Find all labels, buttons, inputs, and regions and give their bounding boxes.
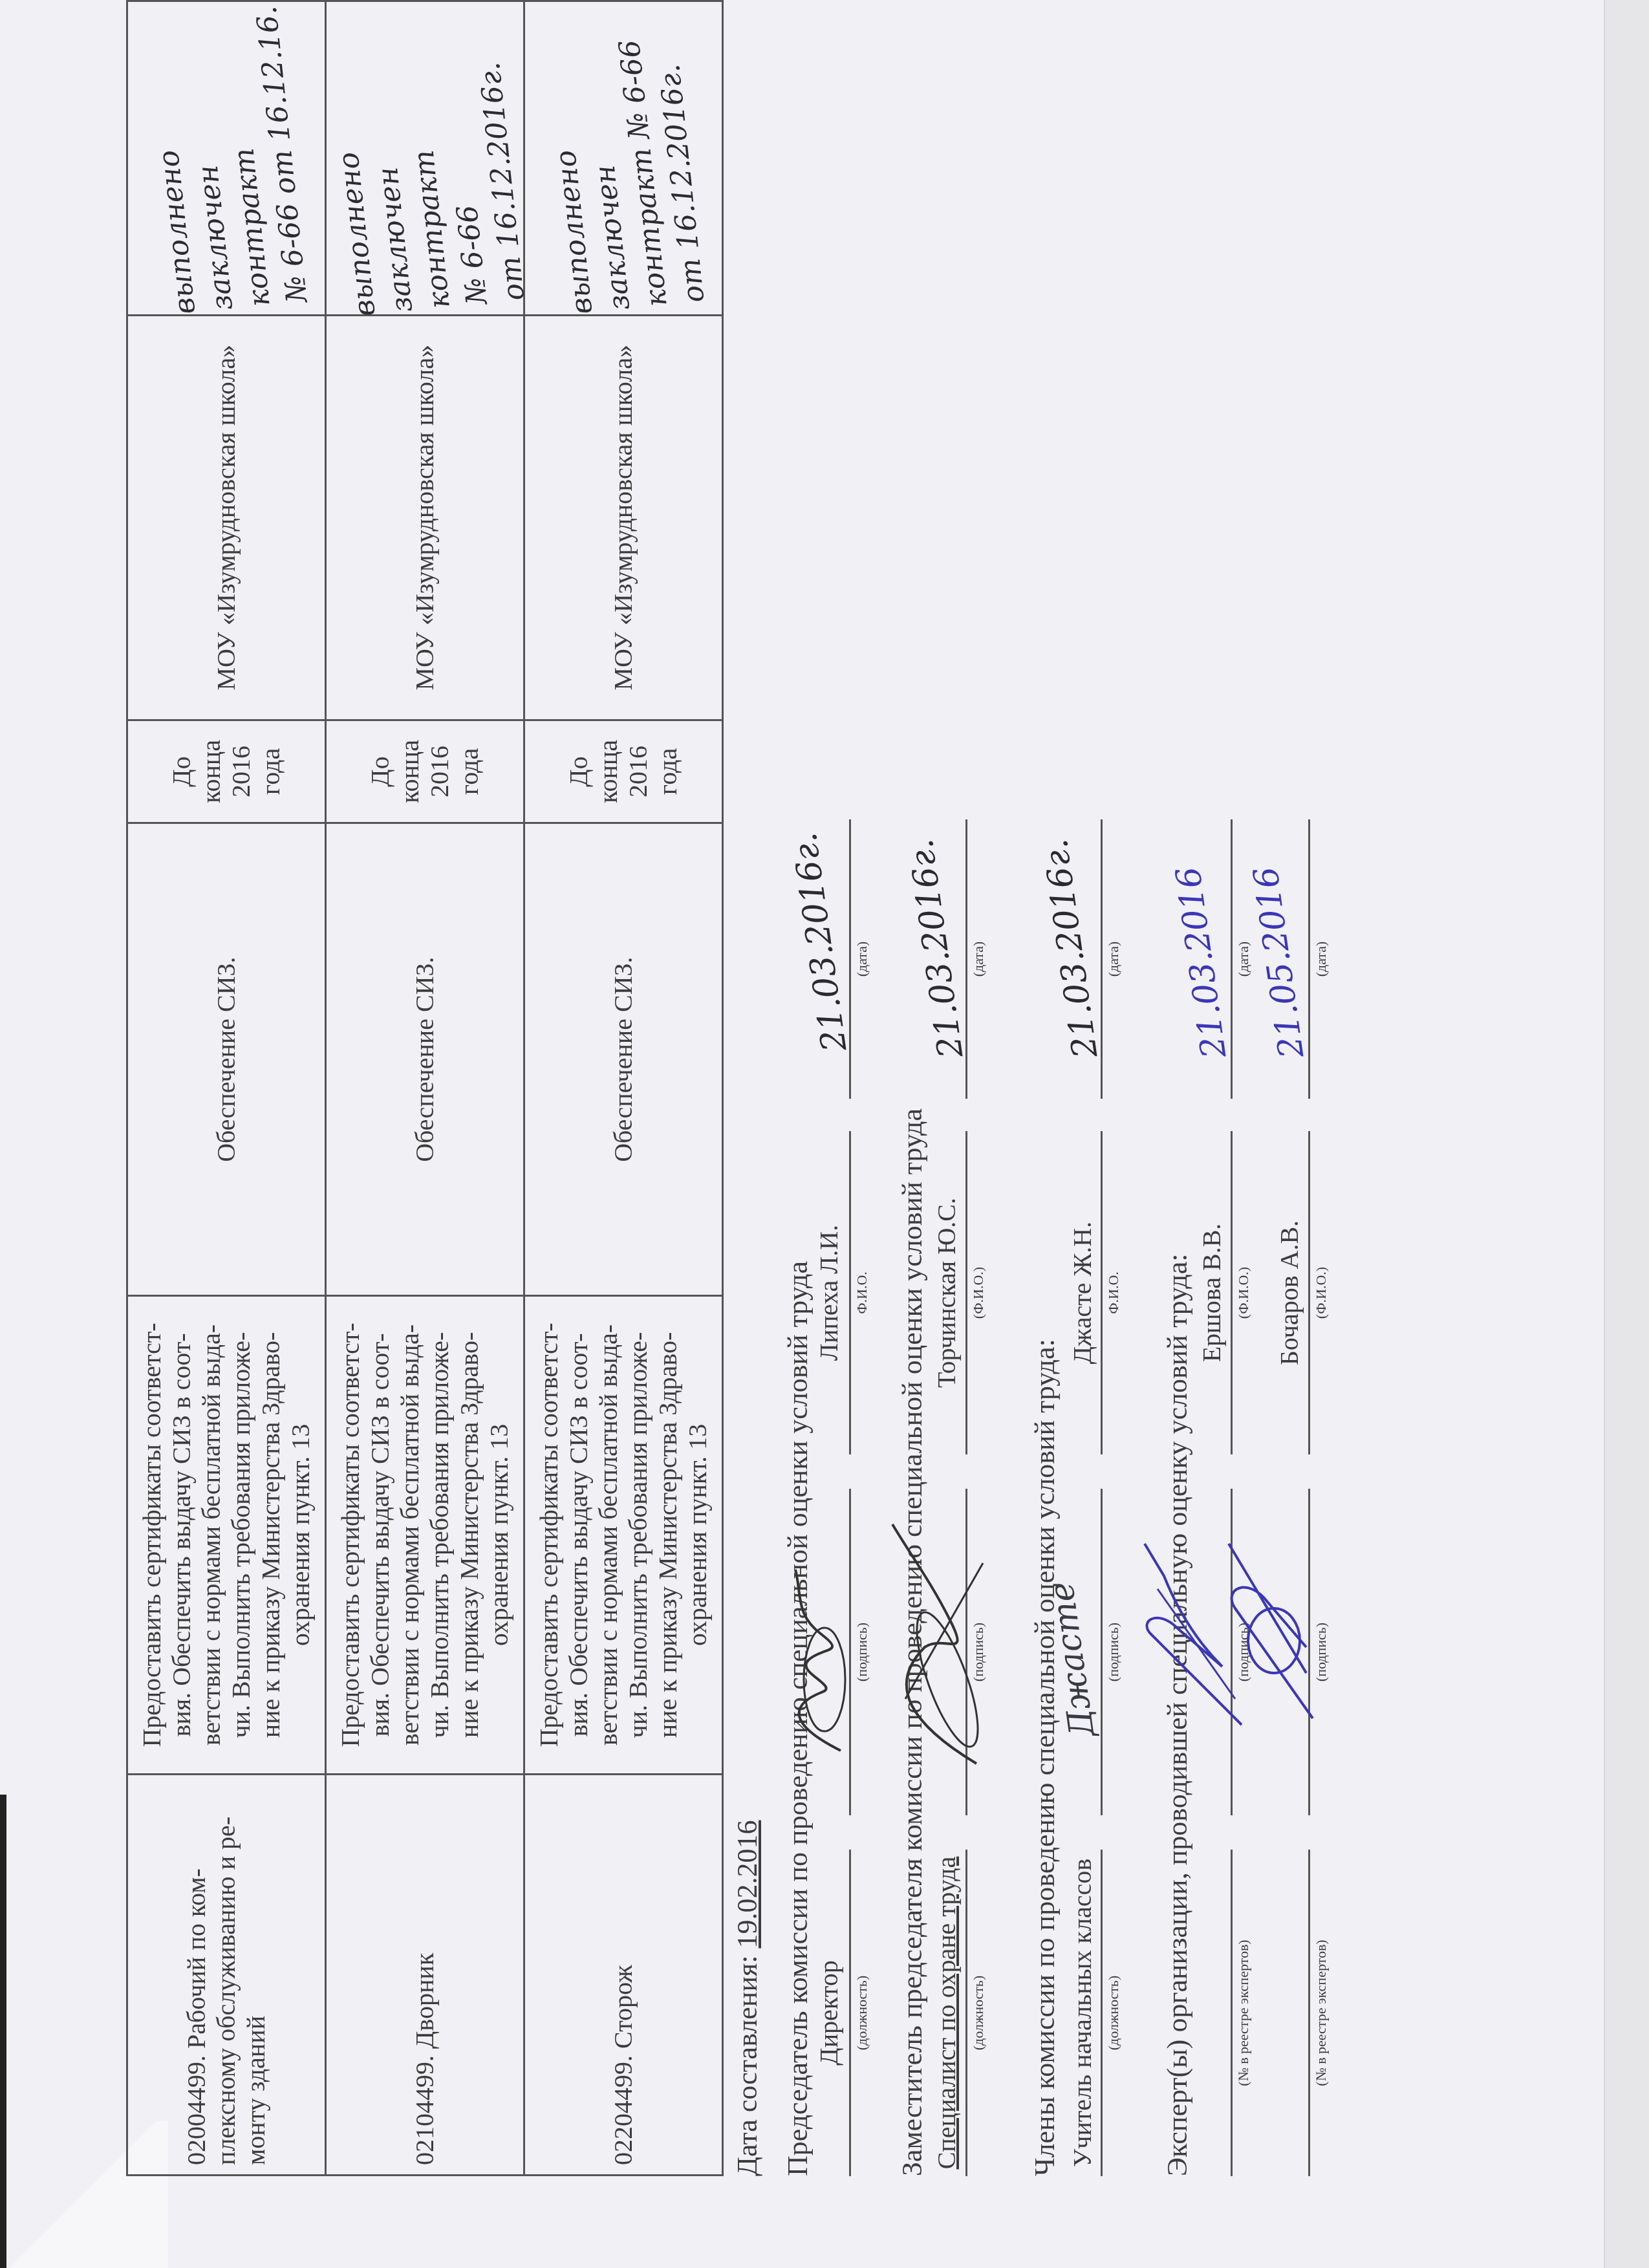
organization-text: МОУ «Изумрудновская школа» <box>211 345 241 691</box>
chair-name-line <box>849 1131 851 1454</box>
member-signature-caption: (подпись) <box>1105 1489 1122 1815</box>
job-title-line: монту зданий <box>241 1784 271 2165</box>
recommendation-line: вия. Обеспечить выдачу СИЗ в соот- <box>167 1306 197 1764</box>
recommendation-cell: Предоставить сертификаты соответст-вия. … <box>326 1296 524 1775</box>
vice-chair-name-caption: (Ф.И.О.) <box>970 1131 987 1454</box>
measure-cell: Обеспечение СИЗ. <box>326 823 524 1296</box>
job-cell: 02204499. Сторож <box>524 1774 723 2175</box>
vice-chair-date: 21.03.2016г. <box>902 837 971 1061</box>
recommendation-line: Предоставить сертификаты соответст- <box>336 1306 365 1764</box>
deadline-line: 2016 года <box>226 730 286 813</box>
recommendation-line: ветствии с нормами бесплатной выда- <box>594 1306 623 1764</box>
recommendation-line: ние к приказу Министерства Здраво- <box>653 1306 683 1764</box>
chair-signature-icon <box>782 1544 860 1764</box>
member-date: 21.03.2016г. <box>1037 837 1106 1061</box>
expert-1-name-line <box>1231 1131 1233 1454</box>
vice-chair-date-line <box>965 819 967 1099</box>
table-row: 02104499. ДворникПредоставить сертификат… <box>326 1 524 2176</box>
job-title-line: плексному обслуживанию и ре- <box>211 1784 241 2165</box>
handwritten-note: выполненозаключенконтракт№ 6-66 от 16.12… <box>136 4 317 316</box>
completion-note-cell: выполненозаключенконтракт№ 6-66 от 16.12… <box>127 1 326 316</box>
chair-date: 21.03.2016г. <box>786 830 855 1054</box>
table-row: 02004499. Рабочий по ком-плексному обслу… <box>127 1 326 2176</box>
measure-text: Обеспечение СИЗ. <box>410 956 439 1161</box>
recommendation-line: чи. Выполнить требования приложе- <box>425 1306 455 1764</box>
job-title-line: 02004499. Рабочий по ком- <box>182 1784 211 2165</box>
completion-note-cell: выполненозаключенконтракт № 6-66от 16.12… <box>524 1 723 316</box>
vice-chair-date-caption: (дата) <box>970 819 987 1099</box>
recommendation-cell: Предоставить сертификаты соответст-вия. … <box>127 1296 326 1775</box>
recommendation-line: чи. Выполнить требования приложе- <box>226 1306 256 1764</box>
expert-1-registry-caption: (№ в реестре экспертов) <box>1235 1850 1252 2176</box>
deadline-line: До конца <box>564 730 623 813</box>
expert-2-date-line <box>1308 819 1310 1099</box>
member-date-caption: (дата) <box>1105 819 1122 1099</box>
expert-1-name-caption: (Ф.И.О.) <box>1235 1131 1252 1454</box>
organization-cell: МОУ «Изумрудновская школа» <box>524 315 723 720</box>
expert-2-name-caption: (Ф.И.О.) <box>1313 1131 1330 1454</box>
recommendation-cell: Предоставить сертификаты соответст-вия. … <box>524 1296 723 1775</box>
organization-cell: МОУ «Изумрудновская школа» <box>127 315 326 720</box>
member-date-line <box>1101 819 1103 1099</box>
members-heading: Члены комиссии по проведению специальной… <box>1028 1339 1061 2176</box>
expert-2-date-caption: (дата) <box>1313 819 1330 1099</box>
compiled-date-value: 19.02.2016 <box>731 1820 763 1949</box>
measure-cell: Обеспечение СИЗ. <box>127 823 326 1296</box>
chair-date-caption: (дата) <box>854 819 870 1099</box>
handwritten-note: выполненозаключенконтракт № 6-66от 16.12… <box>533 4 714 316</box>
member-position-caption: (должность) <box>1105 1850 1122 2176</box>
job-cell: 02104499. Дворник <box>326 1774 524 2175</box>
expert-1-date-line <box>1231 819 1233 1099</box>
organization-text: МОУ «Изумрудновская школа» <box>410 345 439 691</box>
organization-text: МОУ «Изумрудновская школа» <box>609 345 638 691</box>
member-position: Учитель начальных классов <box>1067 1850 1097 2176</box>
deadline-cell: До конца2016 года <box>326 720 524 823</box>
chair-position-caption: (должность) <box>854 1850 870 2176</box>
vice-chair-name: Торчинская Ю.С. <box>931 1131 962 1454</box>
member-name: Джасте Ж.Н. <box>1067 1131 1097 1454</box>
vice-chair-signature-caption: (подпись) <box>970 1489 987 1815</box>
deadline-line: До конца <box>167 730 226 813</box>
expert-2-registry-caption: (№ в реестре экспертов) <box>1313 1850 1330 2176</box>
expert-1-registry-line <box>1231 1850 1233 2176</box>
rotated-document-sheet: 02004499. Рабочий по ком-плексному обслу… <box>0 0 1649 2268</box>
deadline-cell: До конца2016 года <box>127 720 326 823</box>
recommendation-line: вия. Обеспечить выдачу СИЗ в соот- <box>564 1306 594 1764</box>
measure-text: Обеспечение СИЗ. <box>211 956 241 1161</box>
expert-2-signature-icon <box>1216 1531 1326 1738</box>
recommendation-line: Предоставить сертификаты соответст- <box>137 1306 167 1764</box>
measures-table: 02004499. Рабочий по ком-плексному обслу… <box>126 0 724 2176</box>
recommendation-line: ние к приказу Министерства Здраво- <box>455 1306 484 1764</box>
vice-chair-position-line <box>965 1850 967 2176</box>
deadline-line: До конца <box>365 730 425 813</box>
vice-chair-position-caption: (должность) <box>970 1850 987 2176</box>
table-row: 02204499. СторожПредоставить сертификаты… <box>524 1 723 2176</box>
deadline-cell: До конца2016 года <box>524 720 723 823</box>
chair-name: Липеха Л.И. <box>814 1131 844 1454</box>
expert-2-signature-caption: (подпись) <box>1313 1489 1330 1815</box>
expert-2-name: Бочаров А.В. <box>1274 1131 1304 1454</box>
member-position-line <box>1101 1850 1103 2176</box>
recommendation-line: охранения пункт. 13 <box>484 1306 514 1764</box>
expert-1-name: Ершова В.В. <box>1196 1131 1227 1454</box>
expert-2-date: 21.05.2016 <box>1247 865 1312 1061</box>
expert-2-registry-line <box>1308 1850 1310 2176</box>
job-cell: 02004499. Рабочий по ком-плексному обслу… <box>127 1774 326 2175</box>
measure-cell: Обеспечение СИЗ. <box>524 823 723 1296</box>
member-signature-line <box>1101 1489 1103 1815</box>
member-name-caption: Ф.И.О. <box>1105 1131 1122 1454</box>
chair-name-caption: Ф.И.О. <box>854 1131 870 1454</box>
organization-cell: МОУ «Изумрудновская школа» <box>326 315 524 720</box>
recommendation-line: чи. Выполнить требования приложе- <box>623 1306 653 1764</box>
compiled-date-label: Дата составления: <box>731 1956 763 2176</box>
recommendation-line: вия. Обеспечить выдачу СИЗ в соот- <box>365 1306 395 1764</box>
completion-note-cell: выполненозаключенконтракт№ 6-66от 16.12.… <box>326 1 524 316</box>
recommendation-line: охранения пункт. 13 <box>286 1306 316 1764</box>
expert-1-date: 21.03.2016 <box>1169 865 1234 1061</box>
recommendation-line: ветствии с нормами бесплатной выда- <box>395 1306 425 1764</box>
expert-2-name-line <box>1308 1131 1310 1454</box>
expert-1-date-caption: (дата) <box>1235 819 1252 1099</box>
recommendation-line: ветствии с нормами бесплатной выда- <box>197 1306 226 1764</box>
chair-signature-caption: (подпись) <box>854 1489 870 1815</box>
vice-chair-name-line <box>965 1131 967 1454</box>
measure-text: Обеспечение СИЗ. <box>609 956 638 1161</box>
recommendation-line: ние к приказу Министерства Здраво- <box>256 1306 286 1764</box>
chair-position: Директор <box>814 1850 844 2176</box>
chair-date-line <box>849 819 851 1099</box>
recommendation-line: Предоставить сертификаты соответст- <box>534 1306 564 1764</box>
member-name-line <box>1101 1131 1103 1454</box>
handwritten-note: выполненозаключенконтракт№ 6-66от 16.12.… <box>316 2 534 318</box>
vice-chair-position: Специалист по охране труда <box>931 1850 962 2176</box>
recommendation-line: охранения пункт. 13 <box>683 1306 713 1764</box>
job-title-line: 02204499. Сторож <box>609 1784 638 2165</box>
compiled-date: Дата составления: 19.02.2016 <box>731 1820 764 2176</box>
chair-position-line <box>849 1850 851 2176</box>
deadline-line: 2016 года <box>623 730 683 813</box>
job-title-line: 02104499. Дворник <box>410 1784 440 2165</box>
deadline-line: 2016 года <box>425 730 484 813</box>
